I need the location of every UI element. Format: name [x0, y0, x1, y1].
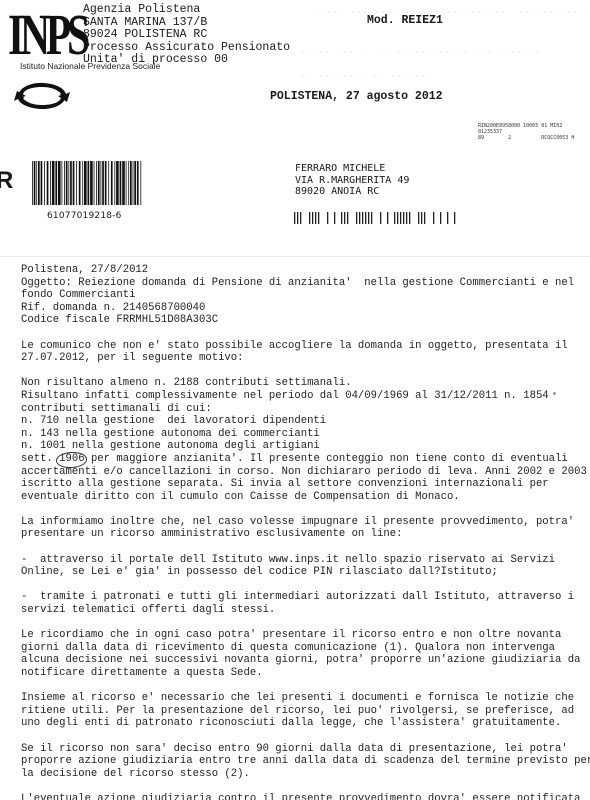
- scan-smudge: [553, 392, 556, 395]
- appeal-intro-line: La informiamo inoltre che, nel caso vole…: [21, 516, 590, 529]
- documents-line: uno degli enti di patronato riconosciuti…: [21, 717, 590, 730]
- appeal-option-patronati: servizi telematici offerti dagli stessi.: [21, 604, 590, 617]
- reason-line: n. 143 nella gestione autonoma dei comme…: [21, 428, 590, 441]
- documents-line: Insieme al ricorso e' necessario che lei…: [21, 692, 590, 705]
- place-date: POLISTENA, 27 agosto 2012: [270, 90, 443, 103]
- appeal-intro-line: presentare un ricorso amministrativo esc…: [21, 528, 590, 541]
- recipient-city: 89020 ANOIA RC: [295, 186, 409, 198]
- bleed-through-text: ..... ........ ...... .......... .......…: [302, 6, 590, 17]
- postal-barcode: [294, 212, 534, 224]
- appeal-option-online: - attraverso il portale dell Istituto ww…: [21, 554, 590, 567]
- final-line: L'eventuale azione giudiziaria contro il…: [21, 793, 590, 800]
- barcode-number: 61077019218-6: [47, 211, 122, 221]
- reason-line: n. 710 nella gestione dei lavoratori dip…: [21, 415, 590, 428]
- reason-line: accertamenti e/o cancellazioni in corso.…: [21, 466, 590, 479]
- seniority-suffix: per maggiore anzianita'. Il presente con…: [85, 453, 568, 465]
- circular-arrows-icon: [12, 78, 72, 114]
- agency-address: Agenzia Polistena SANTA MARINA 137/B 890…: [83, 4, 290, 67]
- fiscal-code: Codice fiscale FRRMHL51D08A303C: [21, 314, 590, 327]
- bleed-through-text: ..... ... . .. ............ ... .......: [300, 46, 540, 57]
- subject-line: Oggetto: Reiezione domanda di Pensione d…: [21, 277, 590, 290]
- reason-line: Risultano infatti complessivamente nel p…: [21, 390, 590, 403]
- recipient-address: FERRARO MICHELE VIA R.MARGHERITA 49 8902…: [295, 163, 409, 198]
- tracking-code-line: 89 2 DCQCC0053 H: [478, 135, 574, 141]
- judicial-line: proporre azione giudiziaria entro tre an…: [21, 755, 590, 768]
- deadline-line: giorni dalla data di ricevimento di ques…: [21, 642, 590, 655]
- agency-line: 89024 POLISTENA RC: [83, 29, 290, 42]
- reason-line: iscritto alla gestione separata. Si invi…: [21, 478, 590, 491]
- agency-line: Agenzia Polistena: [83, 4, 290, 17]
- deadline-line: Le ricordiamo che in ogni caso potra' pr…: [21, 629, 590, 642]
- registered-mail-mark: R: [0, 167, 13, 195]
- reason-line: eventuale diritto con il cumulo con Cais…: [21, 491, 590, 504]
- reference-number: Rif. domanda n. 2140568700040: [21, 302, 590, 315]
- recipient-name: FERRARO MICHELE: [295, 163, 409, 175]
- appeal-option-online: Online, se Lei e' gia' in possesso del c…: [21, 566, 590, 579]
- agency-line: Unita' di processo 00: [83, 54, 290, 67]
- seniority-line: sett. 1906 per maggiore anzianita'. Il p…: [21, 453, 590, 466]
- model-code: Mod. REIEZ1: [367, 14, 443, 27]
- subject-line: fondo Commercianti: [21, 289, 590, 302]
- appeal-option-patronati: - tramite i patronati e tutti gli interm…: [21, 591, 590, 604]
- tracking-code: RIN200E8958000 10005 01 MI020123533789 2…: [478, 123, 574, 141]
- barcode: [31, 161, 143, 205]
- circled-seniority-weeks: 1906: [59, 453, 84, 466]
- intro-line: Le comunico che non e' stato possibile a…: [21, 340, 590, 353]
- deadline-line: notificare direttamente a questa Sede.: [21, 667, 590, 680]
- letter-body: Polistena, 27/8/2012 Oggetto: Reiezione …: [21, 264, 590, 800]
- reason-line: n. 1001 nella gestione autonoma degli ar…: [21, 440, 590, 453]
- letter-date: Polistena, 27/8/2012: [21, 264, 590, 277]
- intro-line: 27.07.2012, per il seguente motivo:: [21, 352, 590, 365]
- seniority-prefix: sett.: [21, 453, 59, 465]
- judicial-line: la decisione del ricorso stesso (2).: [21, 768, 590, 781]
- recipient-street: VIA R.MARGHERITA 49: [295, 175, 409, 187]
- judicial-line: Se il ricorso non sara' deciso entro 90 …: [21, 743, 590, 756]
- bleed-through-text: .. ........ .. .......: [300, 70, 432, 81]
- reason-line: Non risultano almeno n. 2188 contributi …: [21, 377, 590, 390]
- deadline-line: alcuna decisione nei successivi novanta …: [21, 654, 590, 667]
- reason-line: contributi settimanali di cui:: [21, 403, 590, 416]
- documents-line: ritiene utili. Per la presentazione del …: [21, 705, 590, 718]
- inps-logo: INPS: [8, 10, 86, 60]
- fold-line: [0, 256, 590, 257]
